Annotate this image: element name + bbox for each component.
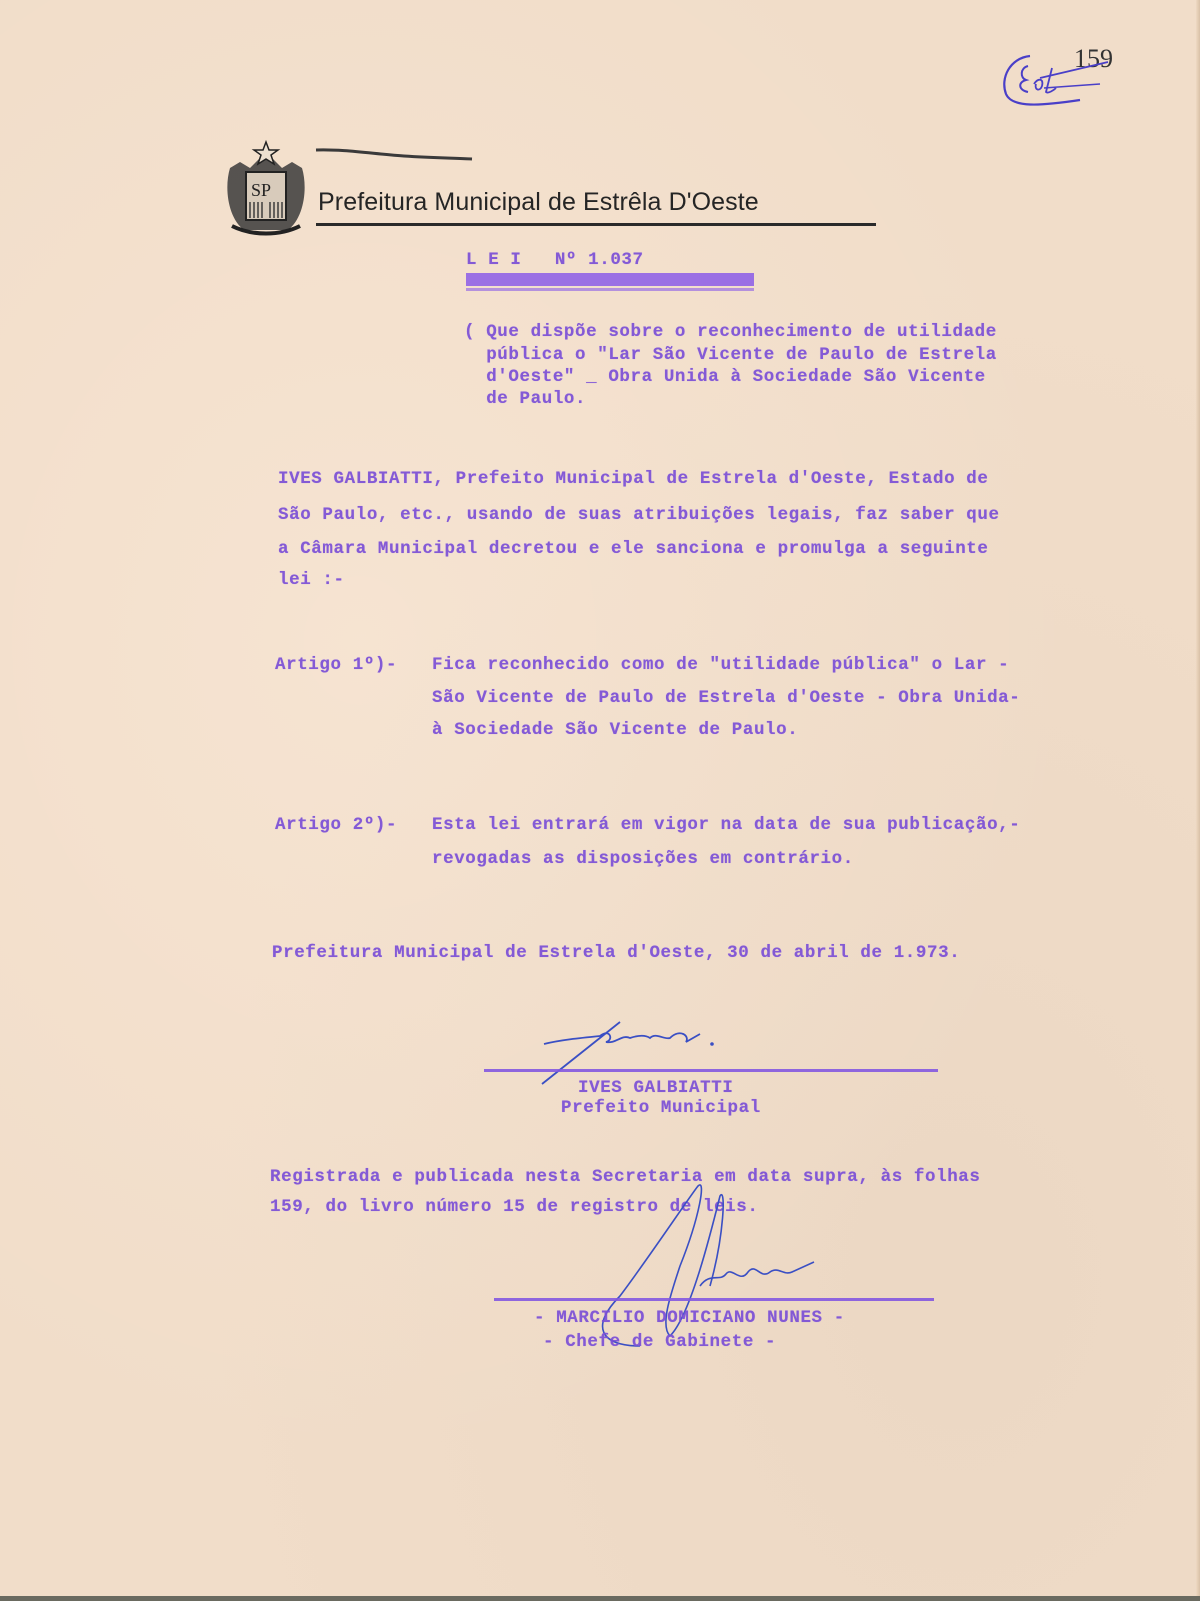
letterhead-title: Prefeitura Municipal de Estrêla D'Oeste [318,188,759,217]
preamble-line: lei :- [278,570,345,590]
article-line: à Sociedade São Vicente de Paulo. [432,720,798,740]
summary-line: ( Que dispõe sobre o reconhecimento de u… [464,322,997,342]
chief-signature-icon [580,1176,880,1356]
article-line: revogadas as disposições em contrário. [432,849,854,869]
place-date: Prefeitura Municipal de Estrela d'Oeste,… [272,943,960,963]
chief-name: - MARCILIO DOMICIANO NUNES - [534,1308,845,1328]
signature-line [494,1298,934,1301]
summary-line: pública o "Lar São Vicente de Paulo de E… [464,345,997,365]
svg-text:SP: SP [251,180,271,200]
summary-line: de Paulo. [464,389,586,409]
article-line: São Vicente de Paulo de Estrela d'Oeste … [432,688,1020,708]
coat-of-arms-icon: SP [222,138,310,238]
handwritten-initial-icon [1000,48,1110,118]
preamble-line: São Paulo, etc., usando de suas atribuiç… [278,505,1000,525]
chief-role: - Chefe de Gabinete - [543,1332,776,1352]
ink-stroke-icon [314,146,474,162]
summary-line: d'Oeste" _ Obra Unida à Sociedade São Vi… [464,367,986,387]
letterhead-rule [316,223,876,226]
title-underline [466,273,754,286]
article-label: Artigo 2º)- [275,815,397,835]
preamble-line: a Câmara Municipal decretou e ele sancio… [278,539,989,559]
law-title: L E I Nº 1.037 [466,250,644,270]
signature-line [484,1069,938,1072]
page-edge [0,1596,1200,1601]
title-underline [466,288,754,291]
article-line: Fica reconhecido como de "utilidade públ… [432,655,1009,675]
page-edge [1196,0,1200,1601]
mayor-name: IVES GALBIATTI [578,1078,733,1098]
preamble-line: IVES GALBIATTI, Prefeito Municipal de Es… [278,469,989,489]
article-line: Esta lei entrará em vigor na data de sua… [432,815,1020,835]
mayor-role: Prefeito Municipal [561,1098,761,1118]
article-label: Artigo 1º)- [275,655,397,675]
letterhead: SP Prefeitura Municipal de Estrêla D'Oes… [222,136,902,240]
